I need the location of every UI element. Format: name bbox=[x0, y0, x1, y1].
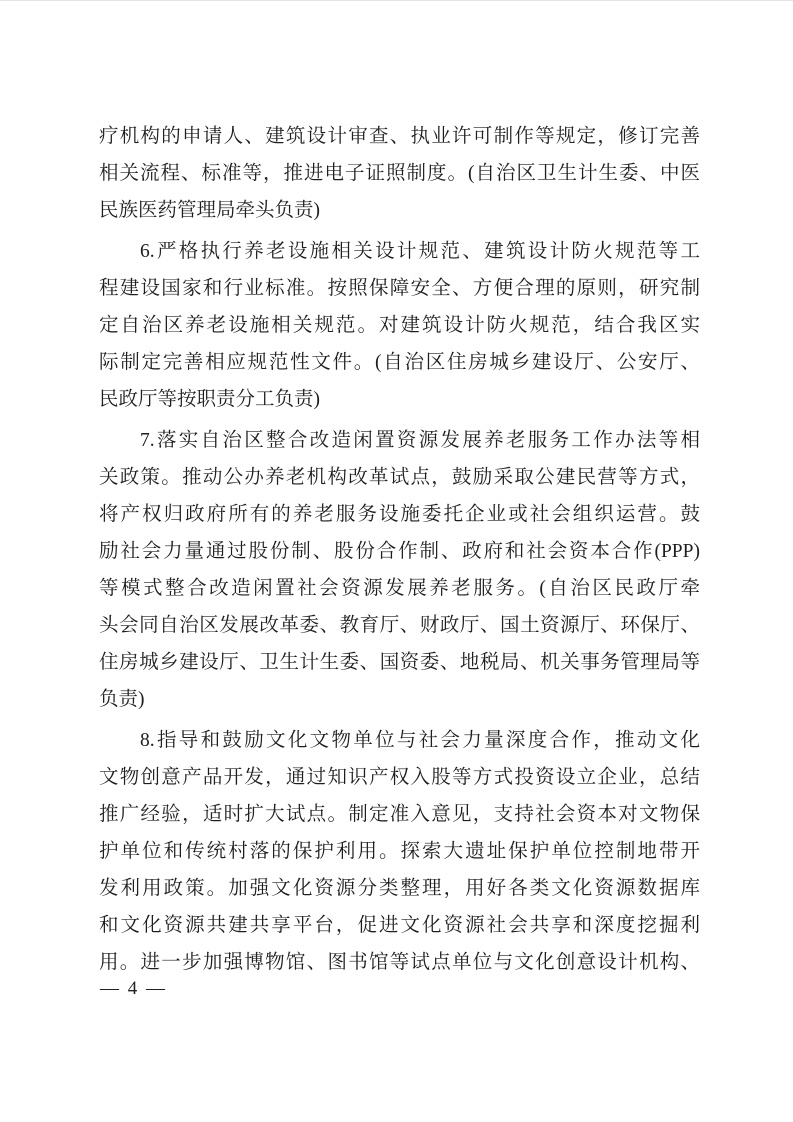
text-line: 和文化资源共建共享平台，促进文化资源社会共享和深度挖掘利 bbox=[99, 907, 700, 944]
text-line: 民政厅等按职责分工负责) bbox=[99, 381, 700, 418]
text-line: 7.落实自治区整合改造闲置资源发展养老服务工作办法等相 bbox=[99, 422, 700, 459]
text-line: 护单位和传统村落的保护利用。探索大遗址保护单位控制地带开 bbox=[99, 833, 700, 870]
text-line: 6.严格执行养老设施相关设计规范、建筑设计防火规范等工 bbox=[99, 233, 700, 270]
page-number: — 4 — bbox=[100, 972, 167, 1006]
document-body: 疗机构的申请人、建筑设计审查、执业许可制作等规定，修订完善相关流程、标准等，推进… bbox=[99, 118, 700, 981]
text-line: 等模式整合改造闲置社会资源发展养老服务。(自治区民政厅牵 bbox=[99, 570, 700, 607]
text-line: 定自治区养老设施相关规范。对建筑设计防火规范，结合我区实 bbox=[99, 307, 700, 344]
text-line: 用。进一步加强博物馆、图书馆等试点单位与文化创意设计机构、 bbox=[99, 944, 700, 981]
text-line: 发利用政策。加强文化资源分类整理，用好各类文化资源数据库 bbox=[99, 870, 700, 907]
text-line: 推广经验，适时扩大试点。制定准入意见，支持社会资本对文物保 bbox=[99, 796, 700, 833]
text-line: 励社会力量通过股份制、股份合作制、政府和社会资本合作(PPP) bbox=[99, 533, 700, 570]
text-line: 负责) bbox=[99, 681, 700, 718]
text-line: 关政策。推动公办养老机构改革试点，鼓励采取公建民营等方式， bbox=[99, 459, 700, 496]
paragraph: 8.指导和鼓励文化文物单位与社会力量深度合作，推动文化文物创意产品开发，通过知识… bbox=[99, 722, 700, 981]
text-line: 头会同自治区发展改革委、教育厅、财政厅、国土资源厅、环保厅、 bbox=[99, 607, 700, 644]
paragraph: 疗机构的申请人、建筑设计审查、执业许可制作等规定，修订完善相关流程、标准等，推进… bbox=[99, 118, 700, 229]
text-line: 文物创意产品开发，通过知识产权入股等方式投资设立企业，总结 bbox=[99, 759, 700, 796]
page-canvas: 疗机构的申请人、建筑设计审查、执业许可制作等规定，修订完善相关流程、标准等，推进… bbox=[0, 0, 793, 1122]
paragraph: 6.严格执行养老设施相关设计规范、建筑设计防火规范等工程建设国家和行业标准。按照… bbox=[99, 233, 700, 418]
text-line: 际制定完善相应规范性文件。(自治区住房城乡建设厅、公安厅、 bbox=[99, 344, 700, 381]
text-line: 程建设国家和行业标准。按照保障安全、方便合理的原则，研究制 bbox=[99, 270, 700, 307]
text-line: 疗机构的申请人、建筑设计审查、执业许可制作等规定，修订完善 bbox=[99, 118, 700, 155]
paragraph: 7.落实自治区整合改造闲置资源发展养老服务工作办法等相关政策。推动公办养老机构改… bbox=[99, 422, 700, 718]
text-line: 相关流程、标准等，推进电子证照制度。(自治区卫生计生委、中医 bbox=[99, 155, 700, 192]
text-line: 8.指导和鼓励文化文物单位与社会力量深度合作，推动文化 bbox=[99, 722, 700, 759]
text-line: 住房城乡建设厅、卫生计生委、国资委、地税局、机关事务管理局等 bbox=[99, 644, 700, 681]
text-line: 将产权归政府所有的养老服务设施委托企业或社会组织运营。鼓 bbox=[99, 496, 700, 533]
text-line: 民族医药管理局牵头负责) bbox=[99, 192, 700, 229]
document-page: { "page": { "number_label": "— 4 —" }, "… bbox=[0, 0, 793, 1122]
